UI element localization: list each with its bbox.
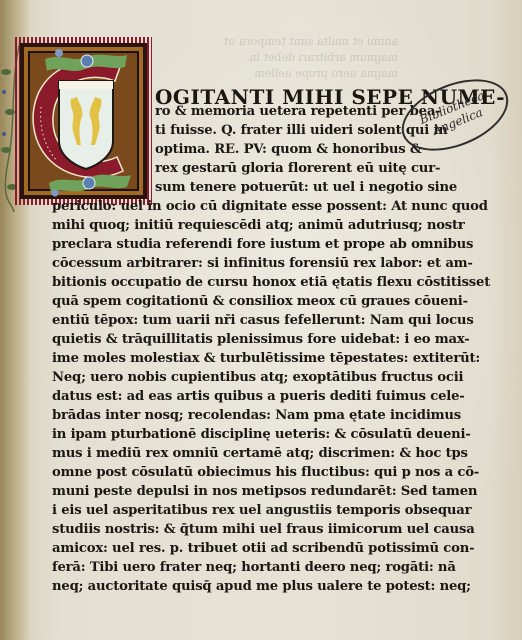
text-line: cōcessum arbitrarer: si infinitus forens… [52, 256, 473, 271]
text-line: bitionis occupatio de cursu honox etiā ę… [52, 275, 490, 290]
bleed-line: magnum arbitrari debet in [158, 50, 398, 66]
text-line: ferā: Tibi uero frater neq; hortanti dee… [52, 560, 456, 575]
text-line: periculo: uel in ocio cū dignitate esse … [52, 199, 488, 214]
text-line: rex gestarū gloria florerent eū uitę cur… [155, 161, 440, 176]
text-line: quietis & trāquillitatis plenissimus for… [52, 332, 470, 347]
text-line: omne post cōsulatū obiecimus his fluctib… [52, 465, 479, 480]
text-line: entiū tēpox: tum uarii nr̄i casus fefell… [52, 313, 474, 328]
text-line: preclara studia referendi fore iustum et… [52, 237, 473, 252]
bleed-through-text: animi et multa sunt tempora ut magnum ar… [158, 34, 398, 82]
text-line: muni peste depulsi in nos metipsos redun… [52, 484, 477, 499]
text-line: quā spem cogitationū & consiliox meox cū… [52, 294, 468, 309]
text-line: mihi quoq; initiū requiescēdi atq; animū… [52, 218, 465, 233]
text-line: in ipam pturbationē disciplinę ueteris: … [52, 427, 471, 442]
manuscript-page: animi et multa sunt tempora ut magnum ar… [0, 0, 522, 640]
text-line: datus est: ad eas artis quibus a pueris … [52, 389, 465, 404]
text-line: amicox: uel res. p. tribuet otii ad scri… [52, 541, 474, 556]
text-line: i eis uel asperitatibus rex uel angustii… [52, 503, 471, 518]
text-line: optima. RE. PV: quom & honoribus & [155, 142, 422, 157]
text-line: mus i mediū rex omniū certamē atq; discr… [52, 446, 468, 461]
bleed-line: animi et multa sunt tempora ut [158, 34, 398, 50]
text-line: brādas inter nosq; recolendas: Nam pma ę… [52, 408, 461, 423]
illuminated-initial-icon [15, 37, 152, 205]
text-line: ime moles molestiax & turbulētissime tēp… [52, 351, 480, 366]
text-line: studiis nostris: & q̄tum mihi uel fraus … [52, 522, 475, 537]
text-line: neq; auctoritate quisq̄ apud me plus ual… [52, 579, 471, 594]
text-line: ro & memoria uetera repetenti per bea- [155, 104, 440, 119]
text-line: sum tenere potuerūt: ut uel i negotio si… [155, 180, 457, 195]
bleed-line: magna uero prope uellem [158, 66, 398, 82]
text-line: Neq; uero nobis cupientibus atq; exoptāt… [52, 370, 463, 385]
